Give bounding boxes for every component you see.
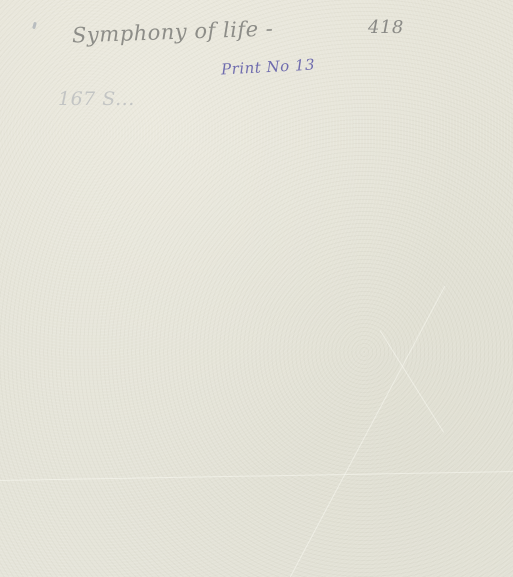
paper-crease [290, 286, 446, 577]
manuscript-page: Symphony of life - 418 Print No 13 167 S… [0, 0, 513, 577]
ink-speck [32, 22, 37, 30]
print-number-note: Print No 13 [221, 56, 316, 79]
faint-pencil-note: 167 S... [58, 88, 135, 110]
paper-texture [0, 0, 513, 577]
page-number: 418 [368, 17, 404, 38]
paper-crease [380, 330, 444, 432]
paper-crease [0, 471, 513, 481]
handwritten-title: Symphony of life - [72, 16, 274, 47]
